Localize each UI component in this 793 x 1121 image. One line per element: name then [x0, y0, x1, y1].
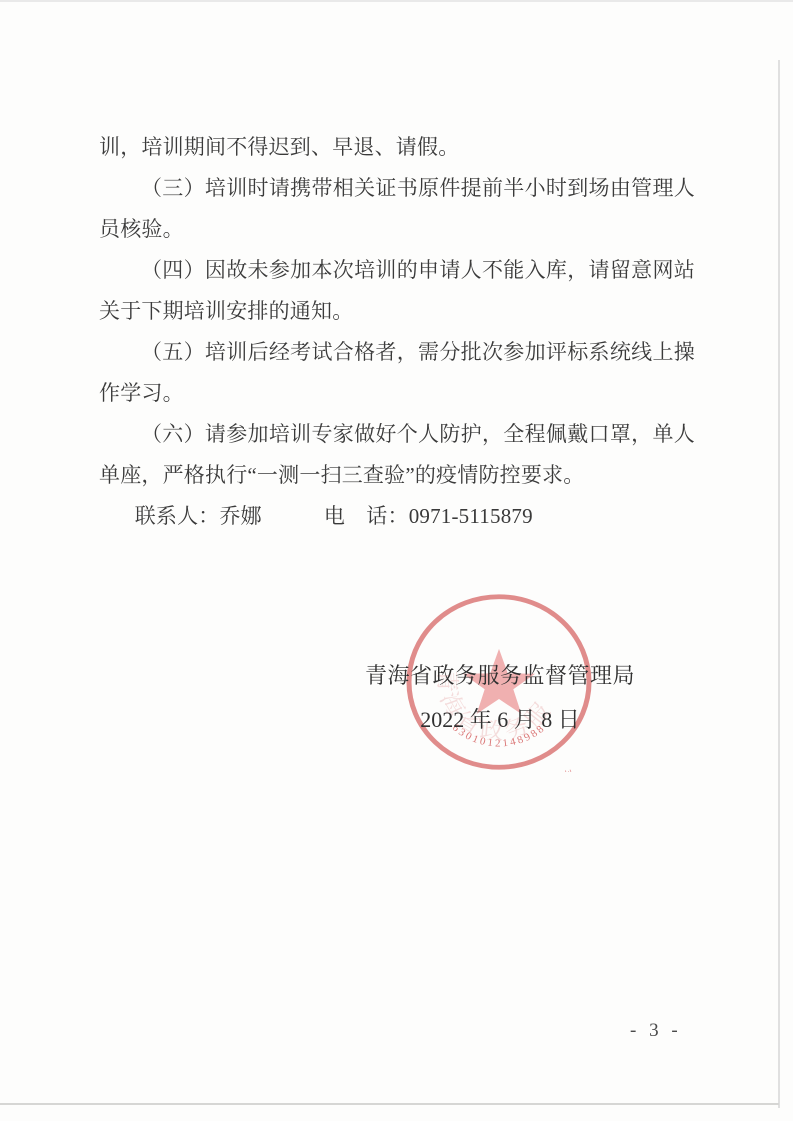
- paragraph-item-3: （三）培训时请携带相关证书原件提前半小时到场由管理人员核验。: [99, 168, 695, 250]
- document-body: 训，培训期间不得迟到、早退、请假。 （三）培训时请携带相关证书原件提前半小时到场…: [99, 127, 695, 537]
- paragraph-item-5: （五）培训后经考试合格者，需分批次参加评标系统线上操作学习。: [99, 332, 695, 414]
- paragraph-item-6: （六）请参加培训专家做好个人防护，全程佩戴口罩，单人单座，严格执行“一测一扫三查…: [99, 414, 695, 496]
- scan-edge-right: [778, 60, 780, 1108]
- scan-edge-bottom: [0, 1103, 779, 1105]
- contact-phone: 电 话：0971-5115879: [324, 504, 533, 528]
- document-page: 训，培训期间不得迟到、早退、请假。 （三）培训时请携带相关证书原件提前半小时到场…: [0, 0, 793, 1121]
- scan-edge-top: [0, 0, 793, 2]
- signature-date: 2022 年 6 月 8 日: [350, 703, 650, 734]
- signature-org: 青海省政务服务监督管理局: [350, 659, 650, 690]
- paragraph-item-4: （四）因故未参加本次培训的申请人不能入库，请留意网站关于下期培训安排的通知。: [99, 250, 695, 332]
- paragraph-continuation: 训，培训期间不得迟到、早退、请假。: [99, 127, 695, 168]
- contact-line: 联系人：乔娜电 话：0971-5115879: [99, 496, 695, 537]
- contact-person: 联系人：乔娜: [135, 504, 262, 528]
- page-number: - 3 -: [630, 1020, 682, 1042]
